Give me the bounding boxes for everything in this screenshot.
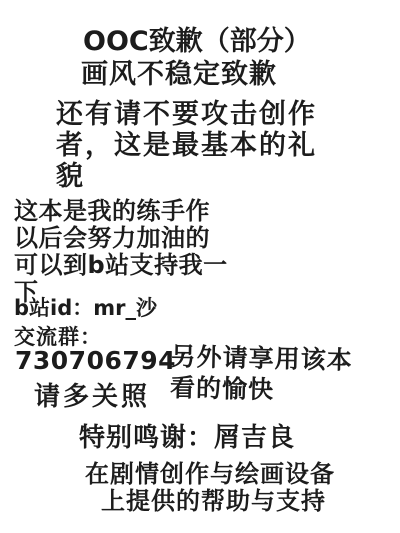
practice-line: 可以到b站支持我一 (14, 252, 228, 279)
ooc-apology-title: OOC致歉（部分） (83, 27, 311, 57)
etiquette-note: 还有请不要攻击创作 者，这是最基本的礼 貌 (56, 99, 317, 192)
etiquette-line: 还有请不要攻击创作 (56, 99, 317, 130)
enjoy-note: 另外请享用该本 看的愉快 (170, 341, 353, 407)
practice-work-note: 这本是我的练手作 以后会努力加油的 可以到b站支持我一 下 (14, 198, 228, 306)
enjoy-line: 另外请享用该本 (170, 341, 353, 376)
special-thanks-line: 上提供的帮助与支持 (101, 488, 326, 514)
regards-note: 请多关照 (34, 383, 150, 412)
bilibili-id: b站id：mr_沙 (14, 297, 157, 320)
special-thanks-title: 特别鸣谢：屑吉良 (79, 424, 295, 453)
chat-group-number: 730706794 (15, 347, 176, 375)
artstyle-apology-line: 画风不稳定致歉 (81, 60, 277, 90)
enjoy-line: 看的愉快 (170, 372, 353, 407)
practice-line: 这本是我的练手作 (14, 198, 228, 225)
etiquette-line: 貌 (56, 161, 317, 192)
apology-page: OOC致歉（部分） 画风不稳定致歉 还有请不要攻击创作 者，这是最基本的礼 貌 … (0, 0, 400, 533)
special-thanks-line: 在剧情创作与绘画设备 (85, 461, 335, 487)
etiquette-line: 者，这是最基本的礼 (56, 130, 317, 161)
practice-line: 以后会努力加油的 (14, 225, 228, 252)
